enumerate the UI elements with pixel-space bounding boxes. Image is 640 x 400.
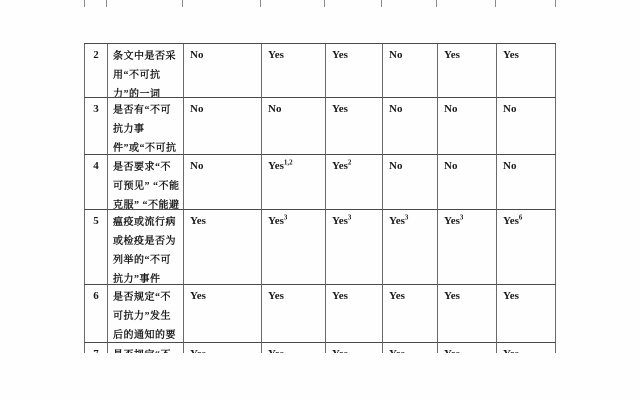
answer-cell: No [382, 155, 437, 210]
answer-cell: Yes [382, 285, 437, 343]
column-border-stub [381, 0, 382, 7]
answer-text: Yes [268, 348, 284, 353]
answer-text: Yes [389, 348, 405, 353]
answer-text: Yes [332, 103, 348, 115]
answer-cell: Yes [261, 285, 325, 343]
row-number: 4 [84, 155, 107, 210]
answer-cell: Yes3 [325, 210, 382, 285]
answer-text: Yes [268, 290, 284, 302]
answer-cell: Yes [183, 210, 261, 285]
table-row: 6 是否规定“不可抗力”发生后的通知的要求 Yes Yes Yes Yes Ye… [84, 285, 556, 343]
answer-cell: Yes [325, 98, 382, 155]
answer-cell: No [183, 44, 261, 98]
column-border-stub [106, 0, 107, 7]
footnote-superscript: 2 [348, 158, 352, 166]
answer-cell: Yes [496, 343, 556, 353]
answer-text: Yes [503, 290, 519, 302]
answer-text: Yes [332, 49, 348, 61]
answer-text: Yes [332, 160, 348, 172]
answer-text: No [503, 103, 516, 115]
comparison-table: 2 条文中是否采用“不可抗力”的一词 No Yes Yes No Yes Yes… [84, 43, 556, 353]
row-number: 5 [84, 210, 107, 285]
footnote-superscript: 3 [405, 213, 409, 221]
answer-cell: Yes3 [382, 210, 437, 285]
answer-cell: Yes [183, 285, 261, 343]
answer-cell: Yes6 [496, 210, 556, 285]
table-row-partial: 7 是否规定“不可抗力”的后果 Yes Yes Yes Yes Yes Yes [84, 343, 556, 353]
table-row: 4 是否要求“不可预见” “不能克服” “不能避免” No Yes1,2 Yes… [84, 155, 556, 210]
footnote-superscript: 3 [284, 213, 288, 221]
answer-text: No [444, 160, 457, 172]
answer-cell: No [437, 155, 496, 210]
footnote-superscript: 1,2 [284, 158, 293, 166]
answer-text: Yes [268, 49, 284, 61]
answer-cell: Yes [437, 343, 496, 353]
answer-text: No [190, 103, 203, 115]
footnote-superscript: 3 [460, 213, 464, 221]
row-question: 瘟疫或流行病或检疫是否为列举的“不可抗力”事件 [107, 210, 183, 285]
answer-cell: No [183, 98, 261, 155]
answer-text: No [190, 160, 203, 172]
answer-text: Yes [503, 215, 519, 227]
row-number: 3 [84, 98, 107, 155]
answer-text: Yes [190, 215, 206, 227]
column-border-stub [84, 0, 85, 7]
answer-cell: No [183, 155, 261, 210]
answer-text: Yes [268, 215, 284, 227]
answer-text: Yes [332, 290, 348, 302]
answer-text: Yes [268, 160, 284, 172]
column-border-stub [495, 0, 496, 7]
answer-text: Yes [190, 290, 206, 302]
row-question: 是否有“不可抗力事件”或“不可抗力延误”的定义 [107, 98, 183, 155]
answer-text: Yes [503, 49, 519, 61]
row-question: 是否要求“不可预见” “不能克服” “不能避免” [107, 155, 183, 210]
answer-cell: Yes [325, 44, 382, 98]
answer-text: Yes [389, 215, 405, 227]
answer-cell: Yes [496, 285, 556, 343]
answer-cell: Yes [437, 44, 496, 98]
answer-text: No [268, 103, 281, 115]
column-border-stub [555, 0, 556, 7]
answer-text: Yes [444, 290, 460, 302]
answer-text: No [389, 103, 402, 115]
row-question: 是否规定“不可抗力”的后果 [107, 343, 183, 353]
answer-cell: Yes3 [261, 210, 325, 285]
answer-cell: Yes [261, 343, 325, 353]
answer-cell: Yes [382, 343, 437, 353]
answer-text: Yes [444, 348, 460, 353]
answer-cell: No [496, 155, 556, 210]
footnote-superscript: 6 [519, 213, 523, 221]
answer-cell: No [382, 44, 437, 98]
answer-text: Yes [190, 348, 206, 353]
answer-text: Yes [332, 348, 348, 353]
answer-text: No [190, 49, 203, 61]
answer-text: No [389, 49, 402, 61]
answer-cell: Yes1,2 [261, 155, 325, 210]
document-page: 2 条文中是否采用“不可抗力”的一词 No Yes Yes No Yes Yes… [0, 0, 640, 400]
row-number: 6 [84, 285, 107, 343]
answer-cell: No [496, 98, 556, 155]
answer-text: Yes [444, 49, 460, 61]
column-border-stub [260, 0, 261, 7]
column-border-stub [182, 0, 183, 7]
answer-text: No [444, 103, 457, 115]
answer-cell: Yes [325, 285, 382, 343]
answer-text: No [389, 160, 402, 172]
column-border-stub [324, 0, 325, 7]
answer-cell: No [261, 98, 325, 155]
answer-cell: No [437, 98, 496, 155]
answer-cell: Yes [437, 285, 496, 343]
answer-cell: Yes [261, 44, 325, 98]
table-row: 5 瘟疫或流行病或检疫是否为列举的“不可抗力”事件 Yes Yes3 Yes3 … [84, 210, 556, 285]
answer-text: Yes [503, 348, 519, 353]
row-question: 条文中是否采用“不可抗力”的一词 [107, 44, 183, 98]
row-question: 是否规定“不可抗力”发生后的通知的要求 [107, 285, 183, 343]
footnote-superscript: 3 [348, 213, 352, 221]
answer-cell: Yes3 [437, 210, 496, 285]
answer-text: Yes [332, 215, 348, 227]
answer-cell: Yes2 [325, 155, 382, 210]
answer-cell: Yes [183, 343, 261, 353]
row-number: 7 [84, 343, 107, 353]
row-number: 2 [84, 44, 107, 98]
answer-cell: Yes [496, 44, 556, 98]
answer-text: Yes [444, 215, 460, 227]
table-row: 2 条文中是否采用“不可抗力”的一词 No Yes Yes No Yes Yes [84, 44, 556, 98]
answer-text: No [503, 160, 516, 172]
column-border-stub [436, 0, 437, 7]
answer-text: Yes [389, 290, 405, 302]
answer-cell: Yes [325, 343, 382, 353]
answer-cell: No [382, 98, 437, 155]
table-row: 3 是否有“不可抗力事件”或“不可抗力延误”的定义 No No Yes No N… [84, 98, 556, 155]
